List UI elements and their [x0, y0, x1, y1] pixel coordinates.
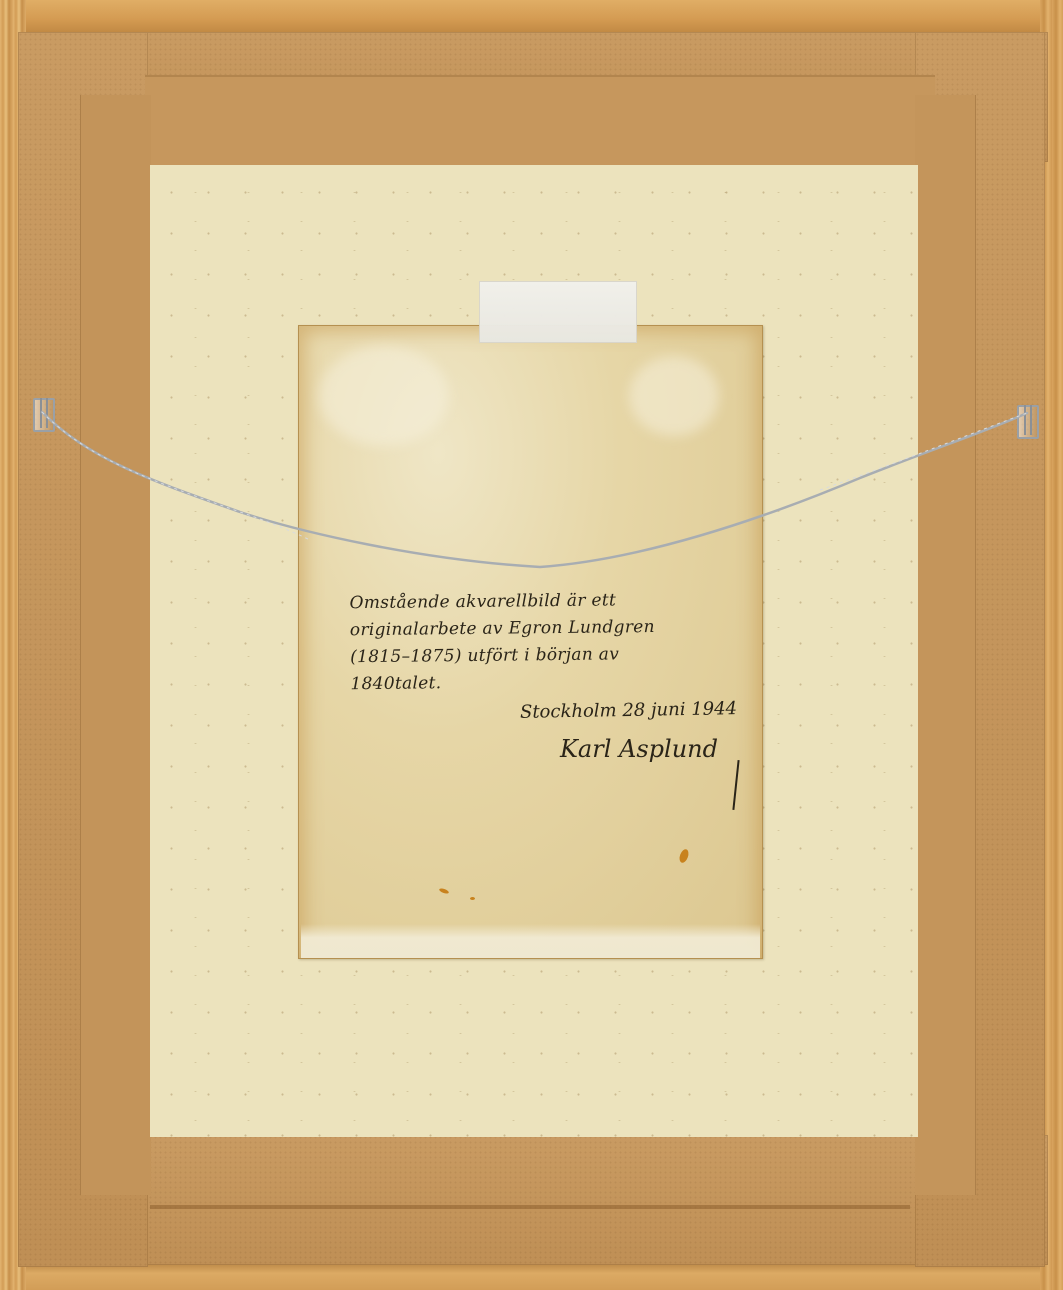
left-hanging-hook-icon	[33, 398, 55, 432]
note-line: 1840talet.	[350, 667, 770, 698]
signature: Karl Asplund	[560, 735, 718, 763]
kraft-tape-left-inner	[80, 95, 151, 1195]
kraft-tape-bottom	[18, 1135, 1048, 1265]
right-hanging-hook-icon	[1017, 405, 1039, 439]
water-stain-bottom	[301, 924, 760, 958]
kraft-tape-right-inner	[915, 95, 976, 1195]
kraft-tape-top-inner	[145, 75, 935, 167]
ink-spot	[470, 897, 475, 900]
white-hinge-tape	[479, 281, 637, 343]
frame-top-rail	[0, 0, 1063, 32]
water-stain	[319, 346, 449, 446]
place-date: Stockholm 28 juni 1944	[520, 698, 737, 723]
kraft-fold-line	[150, 1205, 910, 1209]
water-stain	[629, 356, 719, 436]
frame-bottom-rail	[0, 1262, 1063, 1290]
provenance-note: Omstående akvarellbild är ett originalar…	[349, 586, 770, 698]
